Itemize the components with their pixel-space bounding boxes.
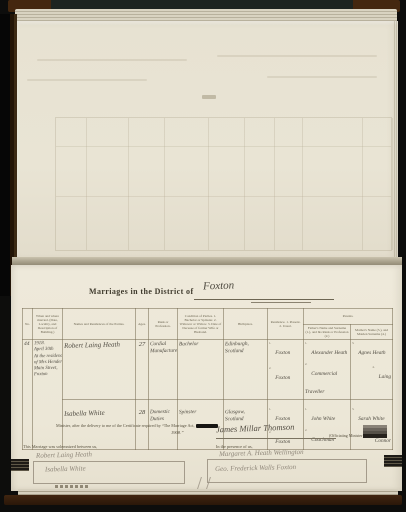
book-binding-left — [0, 14, 17, 296]
col-header-rank: Rank or Profession. — [149, 309, 178, 340]
showthrough-line — [267, 76, 377, 78]
book-cover-bottom-edge — [4, 495, 402, 505]
table-row: 44 1918. April 30th At the residence of … — [23, 340, 393, 400]
showthrough-line — [217, 55, 377, 57]
redaction-bar — [196, 424, 218, 428]
col-header-no: No. — [23, 309, 33, 340]
act-year: 1908.” — [171, 430, 184, 435]
district-underline — [251, 302, 311, 303]
printers-code-mark — [55, 485, 89, 488]
signature-line — [216, 438, 336, 439]
pencil-mark — [197, 477, 211, 489]
officiating-minister-label: (Officiating Minister — [329, 433, 362, 438]
entry-date-place: 1918. April 30th At the residence of Mrs… — [33, 340, 63, 450]
edge-stamp-left — [11, 459, 29, 471]
groom-birthplace: Edinburgh, Scotland — [224, 340, 268, 400]
col-header-father: Father's Name and Surname (1.), and his … — [304, 325, 351, 340]
groom-rank: Cordial Manufacturer — [149, 340, 178, 400]
groom-father: 1. Alexander Heath 2. Commercial Travell… — [304, 340, 351, 400]
showthrough-title-smudge — [202, 95, 216, 99]
col-header-parents: Parents. — [304, 309, 393, 325]
col-header-birthplace: Birthplace. — [224, 309, 268, 340]
book-scan: { "book": { "district_label": "Marriages… — [0, 0, 406, 512]
groom-condition: Bachelor — [178, 340, 224, 400]
groom-age: 27 — [136, 340, 149, 400]
groom-residence: 1. Foxton 2. Foxton — [268, 340, 304, 400]
groom-name: Robert Laing Heath — [63, 340, 136, 400]
bride-father: 1. John White 2. Coachman — [304, 400, 351, 450]
col-header-names: Names and Residences of the Parties. — [63, 309, 136, 340]
showthrough-line — [27, 79, 147, 81]
showthrough-table — [55, 117, 392, 251]
marriage-register-page: Marriages in the District of Foxton No. … — [11, 265, 402, 491]
col-header-residence: Residence. 1. Present. 2. Usual. — [268, 309, 304, 340]
district-underline — [194, 299, 334, 300]
showthrough-line — [37, 59, 187, 61]
witness1-signature: Margaret A. Heath Wellington — [219, 448, 304, 458]
registrar-stamp — [363, 425, 387, 438]
page-title: Marriages in the District of — [89, 287, 194, 296]
marriage-register-table: No. When and where married. (Date, Local… — [22, 308, 393, 450]
presence-label: In the presence of us, — [216, 444, 253, 449]
groom-mother: 3. Agnes Heath 4. Laing — [351, 340, 393, 400]
blank-register-page — [17, 21, 398, 261]
groom-signature: Robert Laing Heath — [36, 450, 92, 459]
col-header-condition: Condition of Parties. 1. Bachelor or Spi… — [178, 309, 224, 340]
col-header-mother: Mother's Name (3.), and Maiden Surname (… — [351, 325, 393, 340]
col-header-ages: Ages. — [136, 309, 149, 340]
bride-signature: Isabella White — [45, 464, 86, 473]
district-name-handwritten: Foxton — [203, 279, 235, 292]
col-header-when-where: When and where married. (Date, Locality,… — [33, 309, 63, 340]
entry-number: 44 — [23, 340, 33, 450]
page-edge-lines — [394, 21, 398, 261]
solemnized-label: This Marriage was solemnized between us, — [23, 444, 97, 449]
edge-stamp-right — [384, 455, 402, 467]
